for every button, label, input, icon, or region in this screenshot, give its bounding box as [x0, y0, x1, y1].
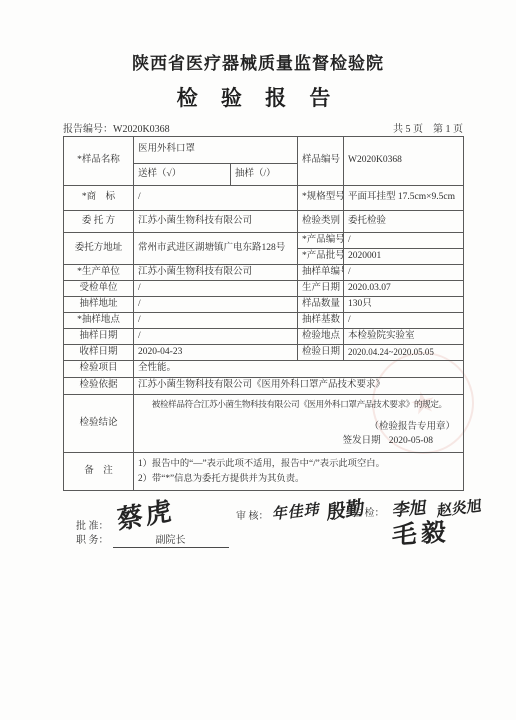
report-number: 报告编号：W2020K0368 [63, 120, 170, 135]
field-label-test-category: 检验类别 [298, 211, 344, 233]
field-value-product-batch: 2020001 [344, 249, 464, 265]
field-value-client-address: 常州市武进区湖塘镇广电东路128号 [134, 233, 298, 265]
field-label-product-no: *产品编号 [298, 233, 344, 249]
remarks-cell: 1）报告中的“—”表示此项不适用，报告中“/”表示此项空白。 2）带“*”信息为… [134, 453, 464, 491]
institute-name: 陕西省医疗器械质量监督检验院 [0, 49, 516, 74]
field-label-sample-name: *样品名称 [64, 137, 134, 186]
report-number-label: 报告编号： [63, 124, 113, 135]
field-label-spec: *规格型号 [298, 186, 344, 211]
remark-line-1: 1）报告中的“—”表示此项不适用，报告中“/”表示此项空白。 [138, 457, 459, 471]
field-label-remarks: 备 注 [64, 453, 134, 491]
scanned-report-page: { "header": { "institute": "陕西省医疗器械质量监督检… [0, 0, 516, 720]
field-value-client: 江苏小菌生物科技有限公司 [134, 211, 298, 233]
field-label-product-batch: *产品批号 [298, 249, 344, 265]
issue-date-line: 签发日期2020-05-08 [138, 436, 459, 448]
field-value-sampling-base: / [344, 313, 464, 329]
field-value-trademark: / [134, 186, 298, 211]
field-label-client: 委 托 方 [64, 211, 134, 233]
duty-label: 职 务： [76, 535, 109, 546]
field-value-product-no: / [344, 233, 464, 249]
field-label-sample-no: 样品编号 [298, 137, 344, 186]
issue-date-value: 2020-05-08 [389, 436, 433, 446]
chief-row-2: 毛毅 [392, 516, 450, 552]
field-label-sampling-place: *抽样地点 [64, 313, 134, 329]
field-value-sampling-date: / [134, 329, 298, 345]
field-value-inspected-unit: / [134, 281, 298, 297]
field-label-sampling-date: 抽样日期 [64, 329, 134, 345]
pagination: 共 5 页 第 1 页 [393, 120, 463, 135]
field-label-test-basis: 检验依据 [64, 378, 134, 395]
field-label-test-place: 检验地点 [298, 329, 344, 345]
field-label-sample-quantity: 样品数量 [298, 297, 344, 313]
field-delivery-send: 送样（√） [134, 164, 231, 186]
field-label-test-date: 检验日期 [298, 345, 344, 361]
conclusion-text: 被检样品符合江苏小菌生物科技有限公司《医用外科口罩产品技术要求》的规定。 [138, 399, 459, 410]
field-label-conclusion: 检验结论 [64, 395, 134, 453]
review-label: 审 核： [236, 511, 269, 522]
field-delivery-draw: 抽样（/） [231, 164, 298, 186]
remark-line-2: 2）带“*”信息为委托方提供并为其负责。 [138, 472, 459, 486]
conclusion-cell: 被检样品符合江苏小菌生物科技有限公司《医用外科口罩产品技术要求》的规定。 （检验… [134, 395, 464, 453]
field-label-inspected-unit: 受检单位 [64, 281, 134, 297]
field-label-manufacturer: *生产单位 [64, 265, 134, 281]
report-meta-line: 报告编号：W2020K0368 共 5 页 第 1 页 [63, 120, 463, 135]
field-value-test-category: 委托检验 [344, 211, 464, 233]
duty-value: 副院长 [113, 531, 229, 548]
report-number-value: W2020K0368 [113, 124, 170, 135]
field-label-test-items: 检验项目 [64, 361, 134, 378]
review-signature-1: 年佳玮 [271, 498, 322, 524]
field-label-sampling-base: 抽样基数 [298, 313, 344, 329]
report-table: *样品名称 医用外科口罩 样品编号 W2020K0368 送样（√） 抽样（/）… [63, 136, 464, 491]
field-value-sampling-address: / [134, 297, 298, 313]
field-label-sampling-address: 抽样地址 [64, 297, 134, 313]
review-row: 审 核：年佳玮殷勤 [236, 498, 365, 525]
field-value-test-date: 2020.04.24~2020.05.05 [344, 345, 464, 361]
approve-signature: 蔡虎 [115, 490, 175, 537]
field-value-sample-name: 医用外科口罩 [134, 137, 298, 164]
field-value-production-date: 2020.03.07 [344, 281, 464, 297]
field-value-receive-date: 2020-04-23 [134, 345, 298, 361]
field-label-client-address: 委托方地址 [64, 233, 134, 265]
field-label-production-date: 生产日期 [298, 281, 344, 297]
chief-signature-3: 毛毅 [391, 512, 450, 552]
field-value-spec: 平面耳挂型 17.5cm×9.5cm [344, 186, 464, 211]
field-value-sampling-place: / [134, 313, 298, 329]
field-value-sample-quantity: 130只 [344, 297, 464, 313]
duty-row: 职 务：副院长 [76, 531, 229, 548]
chief-label: 主 检： [352, 508, 385, 519]
field-value-test-items: 全性能。 [134, 361, 464, 378]
field-value-test-place: 本检验院实验室 [344, 329, 464, 345]
field-value-manufacturer: 江苏小菌生物科技有限公司 [134, 265, 298, 281]
issue-date-label: 签发日期 [343, 436, 381, 446]
field-value-sample-no: W2020K0368 [344, 137, 464, 186]
field-label-receive-date: 收样日期 [64, 345, 134, 361]
field-label-trademark: *商 标 [64, 186, 134, 211]
field-value-test-basis: 江苏小菌生物科技有限公司《医用外科口罩产品技术要求》 [134, 378, 464, 395]
field-label-sampling-form-no: 抽样单编号 [298, 265, 344, 281]
field-value-sampling-form-no: / [344, 265, 464, 281]
seal-note: （检验报告专用章） [138, 422, 459, 434]
report-title: 检 验 报 告 [0, 82, 516, 112]
